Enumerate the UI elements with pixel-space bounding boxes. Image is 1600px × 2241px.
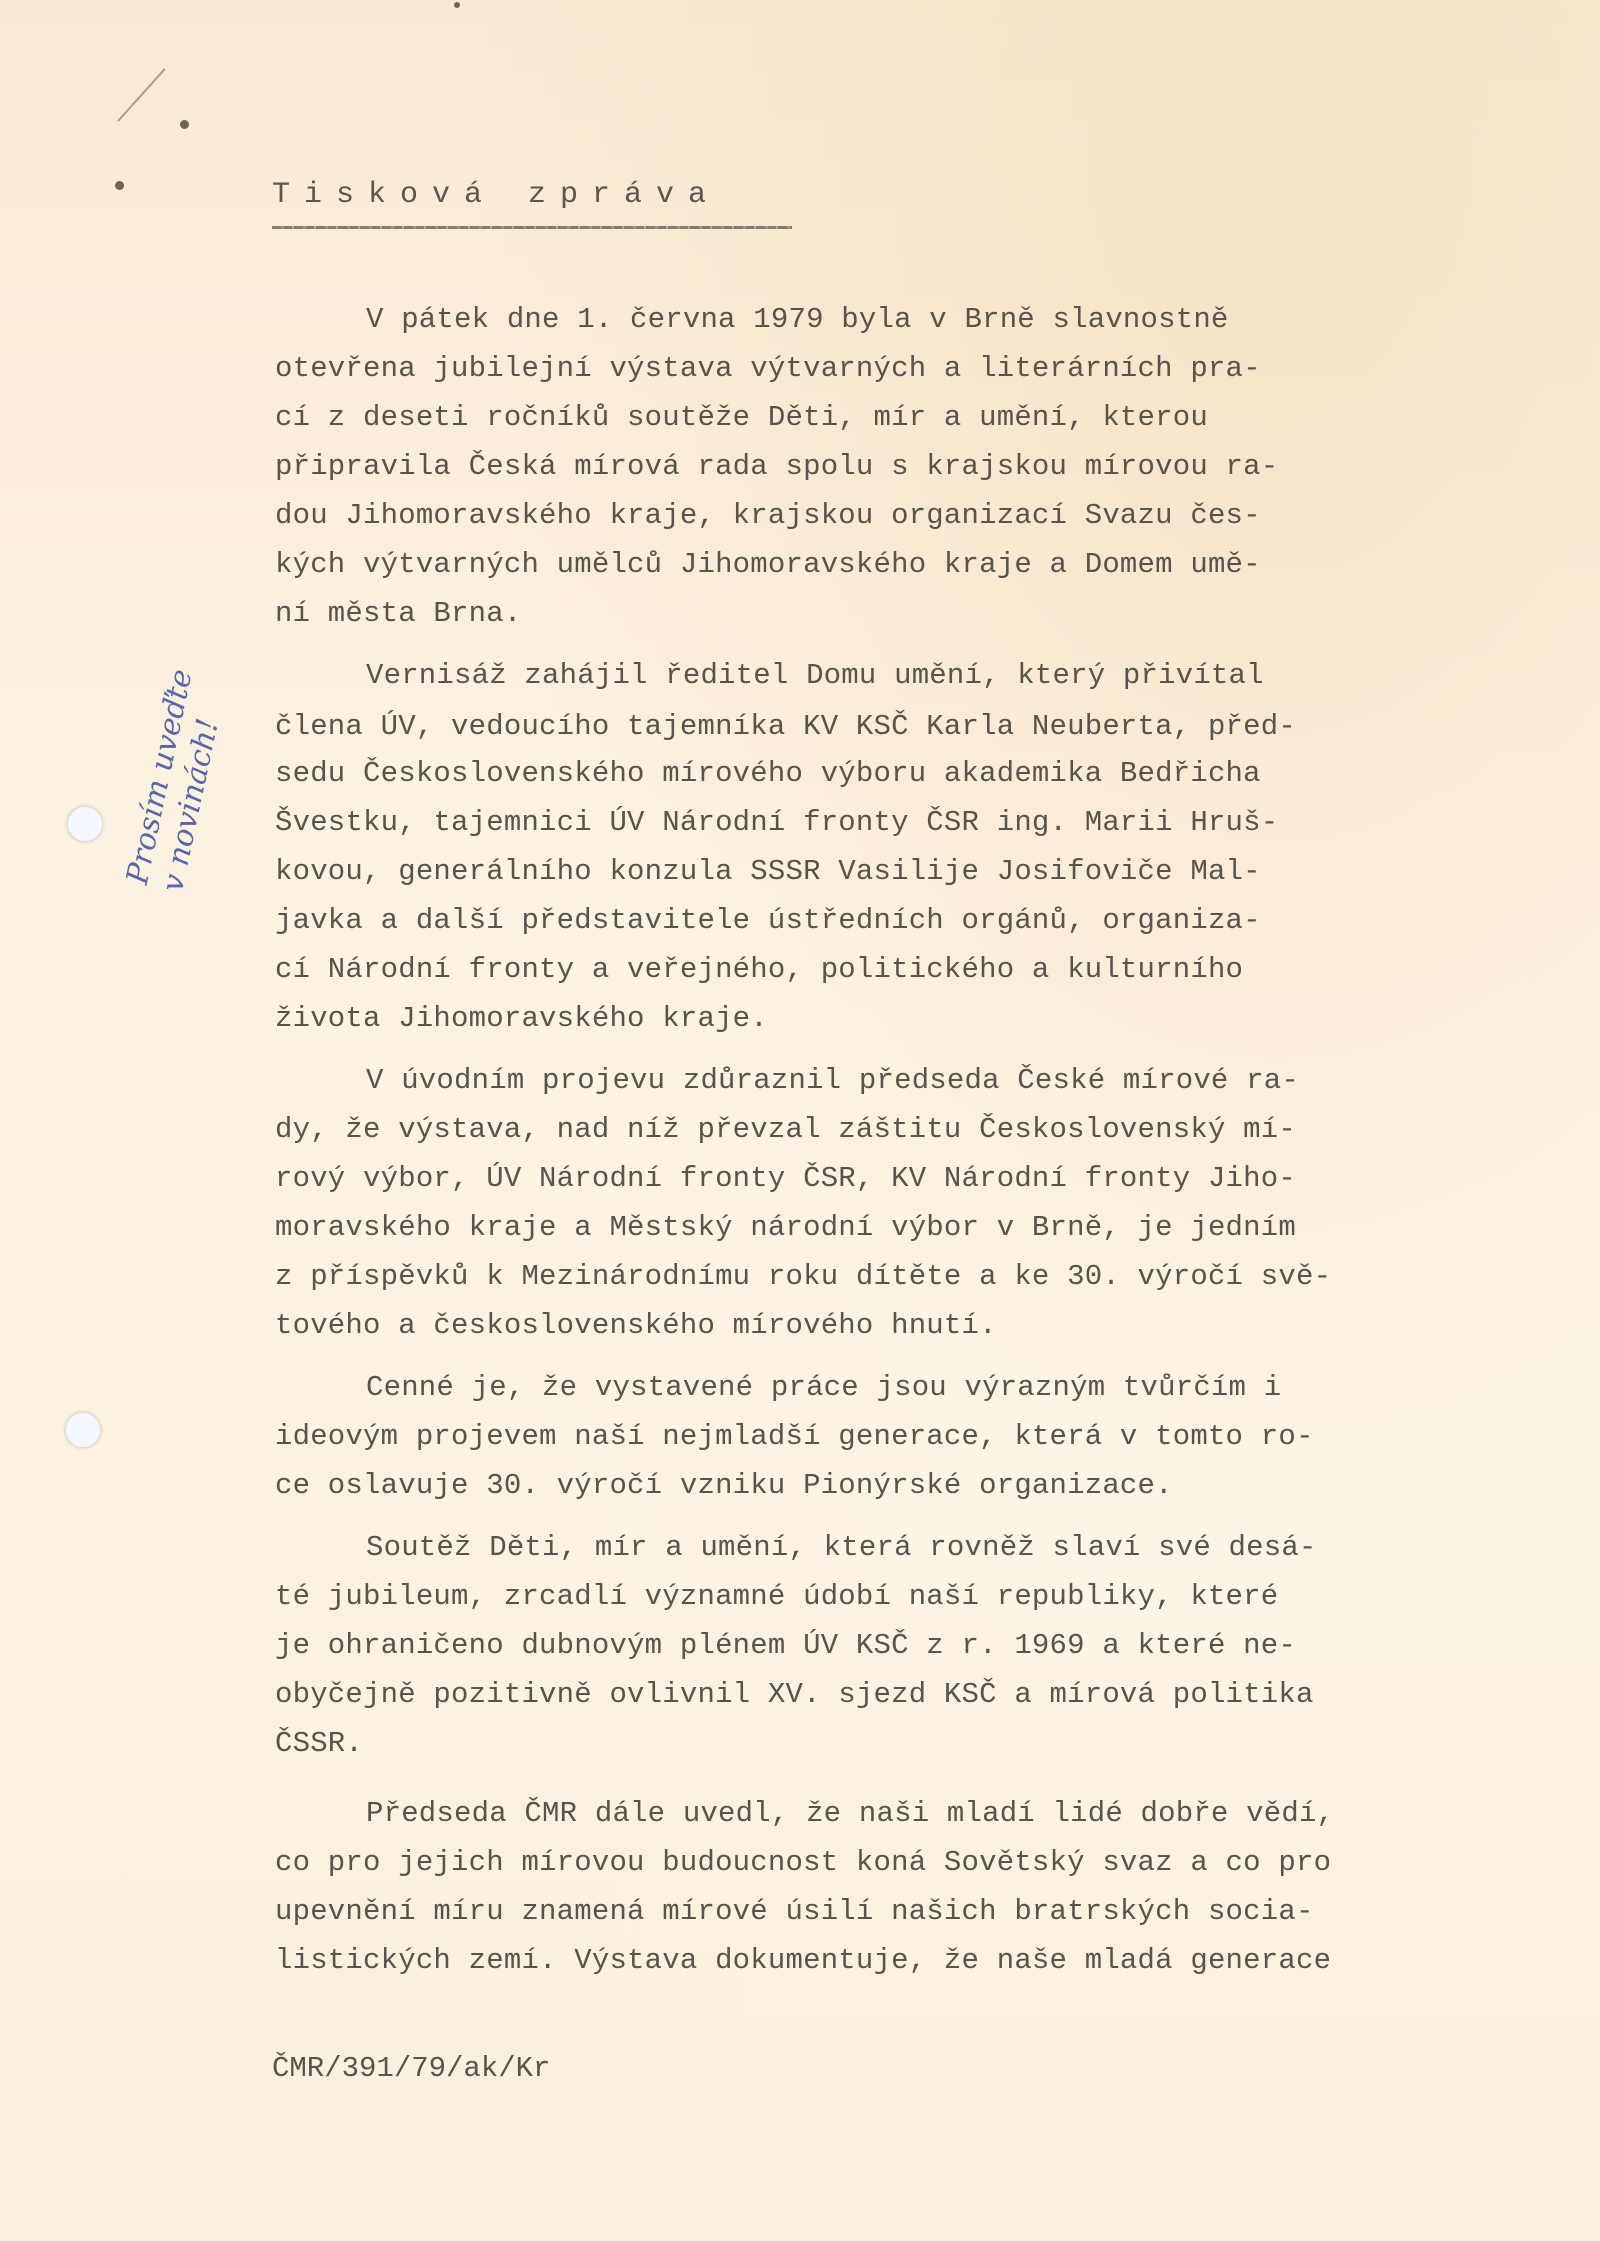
title-underline xyxy=(272,226,792,229)
text-line: ní města Brna. xyxy=(275,597,521,631)
text-line: kých výtvarných umělců Jihomoravského kr… xyxy=(275,548,1261,582)
text-line: kovou, generálního konzula SSSR Vasilije… xyxy=(275,855,1261,889)
text-line: připravila Česká mírová rada spolu s kra… xyxy=(275,450,1278,484)
text-line: Soutěž Děti, mír a umění, která rovněž s… xyxy=(366,1531,1317,1565)
text-line: Vernisáž zahájil ředitel Domu umění, kte… xyxy=(366,659,1264,693)
text-line: z příspěvků k Mezinárodnímu roku dítěte … xyxy=(275,1260,1331,1294)
text-line: sedu Československého mírového výboru ak… xyxy=(275,757,1261,791)
text-line: listických zemí. Výstava dokumentuje, že… xyxy=(275,1944,1331,1978)
reference-number: ČMR/391/79/ak/Kr xyxy=(272,2052,550,2085)
text-line: obyčejně pozitivně ovlivnil XV. sjezd KS… xyxy=(275,1678,1314,1712)
text-line: tového a československého mírového hnutí… xyxy=(275,1309,997,1343)
staple-dot xyxy=(115,181,124,190)
text-line: té jubileum, zrcadlí významné údobí naší… xyxy=(275,1580,1278,1614)
text-line: javka a další představitele ústředních o… xyxy=(275,904,1261,938)
text-line: ČSSR. xyxy=(275,1727,363,1761)
text-line: rový výbor, ÚV Národní fronty ČSR, KV Ná… xyxy=(275,1162,1296,1196)
text-line: ce oslavuje 30. výročí vzniku Pionýrské … xyxy=(275,1469,1173,1503)
text-line: cí z deseti ročníků soutěže Děti, mír a … xyxy=(275,401,1208,435)
document-title: Tisková zpráva xyxy=(272,178,720,212)
text-line: upevnění míru znamená mírové úsilí našic… xyxy=(275,1895,1314,1929)
text-line: Cenné je, že vystavené práce jsou výrazn… xyxy=(366,1371,1281,1405)
text-line: V úvodním projevu zdůraznil předseda Čes… xyxy=(366,1064,1299,1098)
text-line: Švestku, tajemnici ÚV Národní fronty ČSR… xyxy=(275,806,1278,840)
text-line: života Jihomoravského kraje. xyxy=(275,1002,768,1036)
text-line: cí Národní fronty a veřejného, politické… xyxy=(275,953,1243,987)
staple-dot xyxy=(180,120,189,129)
text-line: moravského kraje a Městský národní výbor… xyxy=(275,1211,1296,1245)
text-line: dy, že výstava, nad níž převzal záštitu … xyxy=(275,1113,1296,1147)
text-line: ideovým projevem naší nejmladší generace… xyxy=(275,1420,1314,1454)
ink-speck xyxy=(454,2,460,8)
punch-hole xyxy=(64,1411,102,1449)
text-line: otevřena jubilejní výstava výtvarných a … xyxy=(275,352,1261,386)
text-line: člena ÚV, vedoucího tajemníka KV KSČ Kar… xyxy=(275,710,1296,744)
text-line: dou Jihomoravského kraje, krajskou organ… xyxy=(275,499,1261,533)
text-line: V pátek dne 1. června 1979 byla v Brně s… xyxy=(366,303,1229,337)
text-line: co pro jejich mírovou budoucnost koná So… xyxy=(275,1846,1331,1880)
punch-hole xyxy=(66,805,104,843)
text-line: je ohraničeno dubnovým plénem ÚV KSČ z r… xyxy=(275,1629,1296,1663)
text-line: Předseda ČMR dále uvedl, že naši mladí l… xyxy=(366,1797,1334,1831)
